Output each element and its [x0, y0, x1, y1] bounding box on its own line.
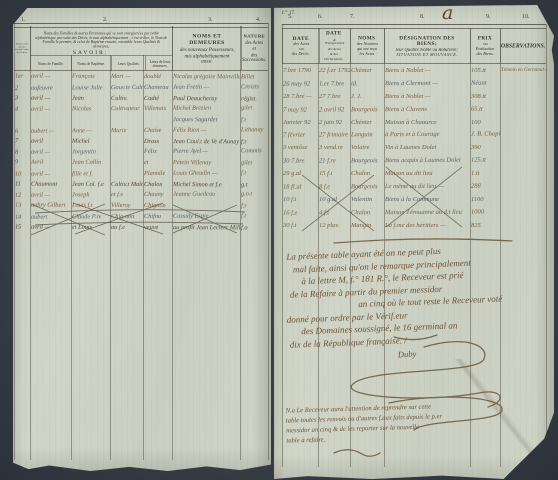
prix: 65.tt: [470, 103, 500, 114]
date-enregistrement: 22 f.er 1792: [318, 65, 350, 76]
qualites: Gouv.te Cultivat.: [110, 83, 143, 93]
nature-acte: g.o.t: [240, 189, 268, 199]
demeure: Drass: [143, 137, 172, 147]
receveur-note: La présente table ayant été on ne peut p…: [286, 241, 538, 350]
demeure: Plannile: [143, 169, 172, 179]
date-enregistrement: 2 juin 92: [318, 117, 350, 128]
register-row: 28 7.bre — 27 7.bre J. J. Biens à Noblet…: [282, 91, 546, 104]
qualites: Chig.non: [110, 212, 143, 222]
date-enregistrement: 12 pluv.: [318, 220, 350, 231]
nouveau-possesseur: Nicolas grégoire Mainville: [172, 72, 240, 82]
nouveau-possesseur: Jeanne Guedeau: [172, 190, 240, 200]
demeure: Chanteau: [143, 83, 172, 93]
nouveau-possesseur: Michel Brezien: [172, 104, 240, 114]
register-row: 2 aufeuvre Louise Julie Gouv.te Cultivat…: [14, 82, 268, 94]
designation-biens: à Paris et à Courage: [384, 129, 470, 140]
designation-biens: La f.me des héritiers —: [384, 220, 470, 231]
notaire: Bourgeois: [350, 104, 384, 115]
nom-famille: aubert —: [30, 126, 71, 136]
date-acte: 7.bre 1790: [282, 65, 318, 76]
row-number: 8: [14, 148, 30, 158]
nouveau-possesseur: Louis Gheudin —: [172, 168, 240, 178]
header-possesseurs-col: NOMS ET DEMEURES des nouveaux Possesseur…: [172, 26, 242, 70]
nouveau-possesseur: Paul Deaucheray: [172, 94, 240, 104]
register-row: 7 may 92 2 avril 92 Bourgeois Biens à Cl…: [282, 103, 546, 117]
nouveau-possesseur: Michel Simon et f.e: [172, 180, 240, 190]
register-row: 1er avril — François Mort — doublé Nicol…: [14, 72, 268, 84]
register-row: 6 aubert — Anne — Marie Chaise Félix Rio…: [14, 125, 268, 137]
date-acte: Janvier 92: [282, 117, 318, 128]
demeure: Félix: [143, 147, 172, 157]
notaire: Chénier: [350, 117, 384, 128]
date-enregistrement: 21 f.re: [318, 156, 350, 167]
header-nature-col: NATURE des Actes et des Successions.: [240, 26, 268, 70]
qualites: Marie: [110, 126, 143, 136]
prix: 390: [470, 142, 500, 153]
demeure: Chifou: [143, 212, 172, 222]
designation-biens: Le même au dit lieu —: [384, 181, 470, 192]
date-enregistrement: 8 f.e: [318, 181, 350, 192]
nature-acte: f.t: [240, 168, 268, 178]
demeure: doublé: [143, 72, 172, 82]
header-date-actes: DATE des Actes ou des Décès.: [282, 28, 320, 63]
header-subcolumn-label: Lieux de leurs demeures.: [146, 56, 175, 71]
nature-acte: Lithanay: [240, 125, 268, 135]
notaire: Valentin: [350, 194, 384, 205]
notaire: Languin: [350, 130, 384, 141]
register-row: 13 aubry Gilbert Louis f.t Villeroy Chig…: [14, 201, 268, 213]
register-row: 15 avril — et Louis au f.e veuve au prof…: [14, 222, 268, 234]
right-register-rows: 7.bre 1790 22 f.er 1792 Chénier Biens à …: [282, 65, 546, 233]
date-acte: 30 f.t: [282, 220, 318, 231]
date-acte: 10 f.t: [282, 194, 318, 205]
nom-famille: aufeuvre: [30, 83, 71, 93]
nouveau-possesseur: Cassidy Espie: [172, 211, 240, 221]
nature-acte: gilet: [240, 158, 268, 168]
notaire: Bourgeois: [350, 155, 384, 166]
prix: 308.tt: [470, 91, 500, 102]
nature-acte: Billet: [240, 72, 268, 82]
prix: 125.tt: [470, 155, 500, 166]
row-number: 11: [14, 179, 30, 189]
index-letter: a: [442, 2, 453, 24]
header-bottom-rule: [282, 63, 546, 64]
row-number: 10: [14, 169, 30, 179]
nouveau-possesseur: Jacques Sagardet: [172, 115, 240, 125]
designation-biens: Biens à Noblet —: [384, 91, 470, 102]
nom-bapteme: Louis f.t: [71, 201, 110, 211]
prix: 105.tt: [470, 65, 500, 76]
register-row: 3 ventôse 3 vend.re Valaire Vin à Laumes…: [282, 142, 546, 155]
designation-biens: Maison à Chaource: [384, 117, 470, 128]
date-enregistrement: 27 7.bre: [318, 91, 350, 102]
header-subcolumn-label: Noms de Famille.: [30, 56, 72, 71]
header-date-enregistrement: DATE de l'Enregistrement des Actes & des…: [318, 28, 351, 63]
table-border: [546, 24, 547, 467]
designation-biens: Biens à Clermont —: [384, 78, 470, 89]
nom-bapteme: Jean: [71, 93, 110, 103]
row-number: 12: [14, 191, 30, 201]
date-enregistrement: 3 vend.re: [318, 142, 350, 153]
date-enregistrement: 10 g.al: [318, 194, 350, 205]
notaire: Chalon: [350, 168, 384, 179]
qualites: Cultiv.: [110, 93, 143, 103]
nouveau-possesseur: Pierre Ayel —: [172, 147, 240, 157]
designation-biens: Biens à Clavens: [384, 103, 470, 114]
nom-famille: Chaumont: [30, 179, 71, 189]
prix: Néant: [470, 77, 500, 88]
register-row: 30 f.t 12 pluv. Mangin La f.me des hérit…: [282, 220, 546, 233]
nom-bapteme: et Louis: [71, 222, 110, 232]
row-number: 13: [14, 201, 30, 211]
register-row: 14 aubert Claude P.re Chig.non Chifou Ca…: [14, 211, 268, 223]
notaire: Bourgeois: [350, 181, 384, 192]
prix: 1.tt: [470, 168, 500, 179]
column-number: 7.: [350, 14, 355, 20]
date-acte: 7 may 92: [282, 104, 318, 115]
notaire: Valaire: [350, 142, 384, 153]
notaire: Mangin: [350, 220, 384, 231]
nature-acte: gilet: [240, 103, 268, 113]
nom-famille: aubry Gilbert: [30, 201, 71, 211]
nom-bapteme: François: [71, 72, 110, 82]
date-acte: 28 7.bre —: [282, 91, 318, 102]
prix: 1000: [470, 206, 500, 217]
nouveau-possesseur: Félix Rion —: [172, 125, 240, 135]
designation-biens: Biens acquis à Laumes Dolet: [384, 155, 470, 166]
table-border: [268, 23, 269, 460]
nom-bapteme: Joseph: [71, 190, 110, 200]
date-acte: 18 fl.al: [282, 182, 318, 193]
nouveau-possesseur: Jean Fretin —: [172, 82, 240, 92]
header-observations: OBSERVATIONS.: [500, 28, 546, 63]
prix: 1100: [470, 194, 500, 205]
nom-bapteme: Anne —: [71, 126, 110, 136]
register-row: 29 g.al 15 f.t Chalon Maison au dit lieu…: [282, 168, 546, 181]
date-acte: 26 may 92: [282, 78, 318, 89]
register-row: 10 avril — fille et f. Plannile Louis Gh…: [14, 168, 268, 180]
demeure: Villenais: [143, 104, 172, 114]
left-page: 1.2.3.4. Numéros des articles suivant l'…: [13, 8, 271, 471]
nature-acte: f.t: [240, 201, 268, 211]
column-number: 10.: [522, 14, 530, 20]
notaire: J. J.: [350, 91, 384, 102]
nom-bapteme: Jean Collin: [71, 158, 110, 168]
row-number: 14: [14, 212, 30, 222]
register-row: 18 fl.al 8 f.e Bourgeois Le même au dit …: [282, 180, 546, 194]
notaire: id.: [350, 78, 384, 89]
right-page: f.° 17. 5.6.7.8.9.10. a DATE des Actes o…: [274, 5, 554, 479]
register-row: Jacques Sagardet f.t: [14, 115, 268, 127]
column-number: 5.: [288, 14, 293, 20]
header-notaires: NOMS des Notaires qui ont reçu les Actes…: [350, 28, 385, 63]
qualites: au f.e: [110, 222, 143, 232]
designation-biens: Maison Térouanne au d.t lieu: [384, 207, 470, 218]
demeure: veuve: [143, 223, 172, 233]
demeure: Chignon: [143, 201, 172, 211]
register-row: 16 f.e 4 f.t Chalon Maison Térouanne au …: [282, 206, 546, 220]
nom-famille: avril: [30, 136, 71, 146]
nom-famille: Avril: [30, 158, 71, 168]
row-number: 1er: [14, 72, 30, 82]
nom-bapteme: fille et f.: [71, 169, 110, 179]
demeure: Chaise: [143, 126, 172, 136]
row-number: 15: [14, 222, 30, 232]
nom-famille: avril —: [30, 169, 71, 179]
demeure: Chauny: [143, 190, 172, 200]
header-numeros-col: Numéros des articles suivant l'ordre des…: [14, 26, 31, 70]
nom-bapteme: Jorgentin: [71, 147, 110, 157]
notaire: Chalon: [350, 207, 384, 218]
nom-famille: avril —: [30, 222, 71, 232]
demeure: et: [143, 158, 172, 168]
qualites: Cultivateur: [110, 104, 143, 114]
row-number: 4: [14, 105, 30, 115]
nom-famille: avril —: [30, 148, 71, 158]
column-number: 9.: [486, 14, 491, 20]
nom-famille: aubert: [30, 212, 71, 222]
qualites: Mort —: [110, 72, 143, 82]
date-enregistrement: 4 f.t: [318, 207, 350, 218]
nouveau-possesseur: Pétein Villenay: [172, 158, 240, 168]
header-subcolumns: Noms de Famille.Noms de Baptême.Leurs Qu…: [30, 55, 172, 71]
nature-acte: f.t: [240, 211, 268, 221]
date-acte: 30 7.bre: [282, 156, 318, 167]
date-acte: 7 février: [282, 130, 318, 141]
date-enregistrement: 27 frimaire: [318, 130, 350, 141]
scanned-register-spread: 1.2.3.4. Numéros des articles suivant l'…: [0, 0, 558, 480]
nature-acte: Croizis: [240, 82, 268, 92]
signature: Duby: [372, 347, 442, 361]
register-row: 30 7.bre 21 f.re Bourgeois Biens acquis …: [282, 155, 546, 169]
row-number: 6: [14, 126, 30, 136]
notaire: Chénier: [350, 65, 384, 76]
designation-biens: Biens à la Commune: [384, 194, 470, 205]
prix: 288: [470, 181, 500, 192]
column-number: 6.: [318, 14, 323, 20]
header-prix: PRIX ou Évaluation des Biens.: [470, 28, 501, 63]
nom-bapteme: Claude P.re: [71, 212, 110, 222]
date-acte: 3 ventôse: [282, 142, 318, 153]
column-number: 8.: [420, 14, 425, 20]
qualites: Cultiv.t Maître: [110, 179, 143, 189]
qualites: et f.e: [110, 190, 143, 200]
demeure: Chalon: [143, 180, 172, 190]
nouveau-possesseur: au profit Jean Leclerc Millets intimes: [172, 223, 240, 233]
nom-famille: avril —: [30, 105, 71, 115]
nom-bapteme: Louise Julie: [71, 83, 110, 93]
nature-acte: Commis: [240, 146, 268, 156]
prix: 100: [470, 117, 500, 128]
nom-famille: avril —: [30, 191, 71, 201]
left-register-rows: 1er avril — François Mort — doublé Nicol…: [14, 72, 268, 233]
row-number: 2: [14, 83, 30, 93]
nouveau-possesseur: Jean Coul.t de Ve d'Aunay: [172, 137, 240, 147]
nom-famille: avril —: [30, 93, 71, 103]
nom-bapteme: Nicolas: [71, 104, 110, 114]
row-number: 3: [14, 93, 30, 103]
prix: J. B. Chopin: [470, 129, 500, 140]
qualites: Villeroy: [110, 201, 143, 211]
demeure: Cadté: [143, 94, 172, 104]
designation-biens: Biens à Noblet —: [384, 65, 470, 76]
register-row: 7 février 27 frimaire Languin à Paris et…: [282, 129, 546, 143]
date-enregistrement: 1.er 7.bre: [318, 78, 350, 89]
footnote: N.a Le Receveur aura l'attention de repr…: [285, 400, 536, 447]
header-designation-biens: DÉSIGNATION DES BIENS; leur Qualité Nobl…: [384, 28, 471, 63]
register-row: 7.bre 1790 22 f.er 1792 Chénier Biens à …: [282, 65, 546, 78]
observation: Témoin en Germinal an 9: [500, 65, 546, 76]
nom-bapteme: Michel: [71, 136, 110, 146]
date-acte: 16 f.e: [282, 207, 318, 218]
row-number: 7: [14, 136, 30, 146]
designation-biens: Vin à Laumes Dolet: [384, 142, 470, 153]
column-numbers-right: 5.6.7.8.9.10.: [274, 14, 554, 22]
header-subcolumn-label: Noms de Baptême.: [72, 56, 112, 71]
nom-famille: avril —: [30, 72, 71, 82]
designation-biens: Maison au dit lieu: [384, 168, 470, 179]
date-enregistrement: 15 f.t: [318, 168, 350, 179]
register-row: 9 Avril Jean Collin et Pétein Villenay g…: [14, 158, 268, 170]
date-enregistrement: 2 avril 92: [318, 104, 350, 115]
row-number: 9: [14, 158, 30, 168]
prix: 825: [470, 220, 500, 231]
register-row: 26 may 92 1.er 7.bre id. Biens à Clermon…: [282, 77, 546, 91]
register-row: 10 f.t 10 g.al Valentin Biens à la Commu…: [282, 194, 546, 207]
date-acte: 29 g.al: [282, 168, 318, 179]
header-subcolumn-label: Leurs Qualités.: [112, 56, 146, 71]
nature-acte: f.o: [240, 223, 268, 233]
nature-acte: f.t: [240, 115, 268, 125]
nom-bapteme: Jean Col. f.e: [71, 179, 110, 189]
